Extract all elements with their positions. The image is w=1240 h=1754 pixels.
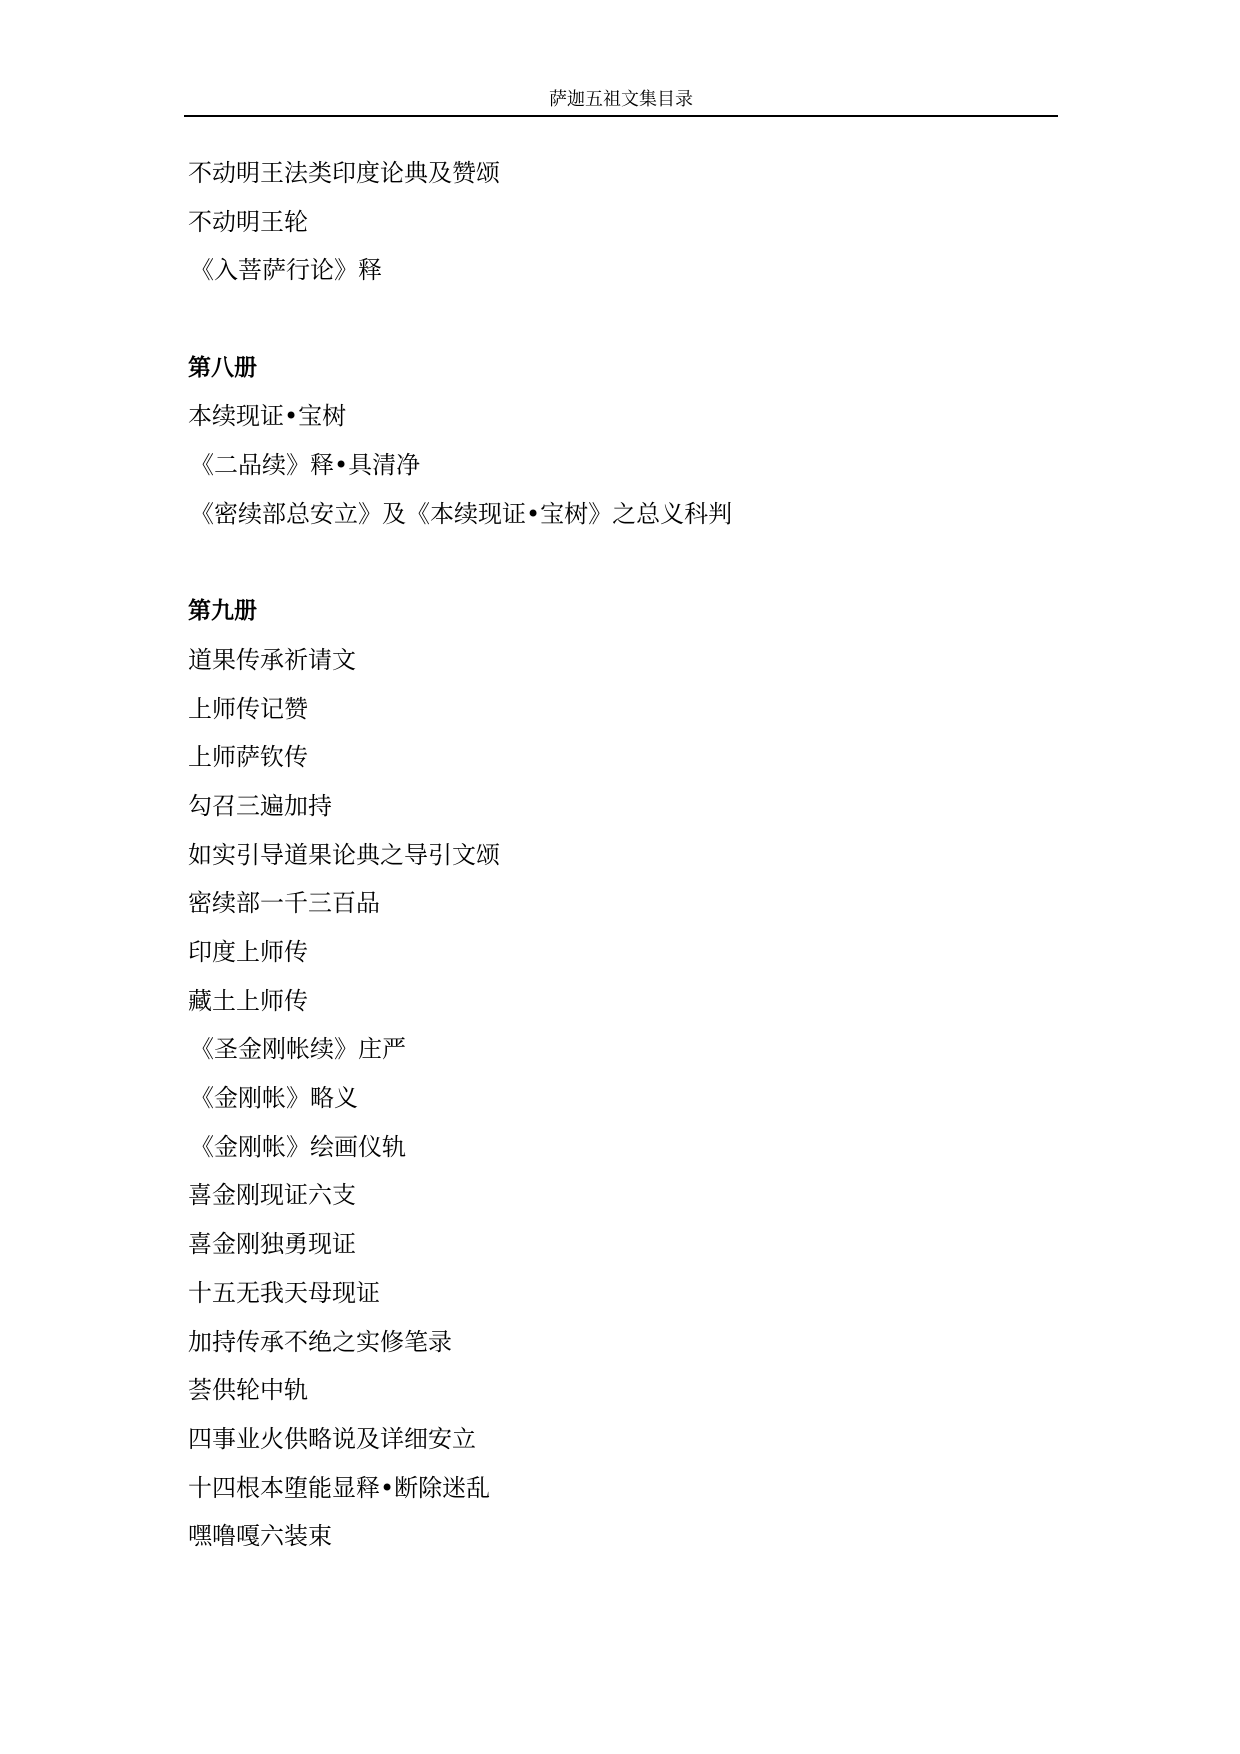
table-of-contents: 不动明王法类印度论典及赞颂 不动明王轮 《入菩萨行论》释 第八册 本续现证•宝树…	[188, 149, 1058, 1561]
toc-entry: 四事业火供略说及详细安立	[188, 1415, 1058, 1464]
header-divider	[184, 115, 1058, 117]
toc-entry: 印度上师传	[188, 928, 1058, 977]
toc-entry: 嘿噜嘎六装束	[188, 1512, 1058, 1561]
toc-entry: 喜金刚独勇现证	[188, 1220, 1058, 1269]
toc-entry: 不动明王法类印度论典及赞颂	[188, 149, 1058, 198]
toc-entry: 密续部一千三百品	[188, 879, 1058, 928]
spacer	[188, 539, 1058, 588]
toc-entry: 《二品续》释•具清净	[190, 441, 1058, 490]
toc-entry: 《金刚帐》略义	[190, 1074, 1058, 1123]
section-title-volume-9: 第九册	[188, 587, 1058, 636]
toc-entry: 加持传承不绝之实修笔录	[188, 1318, 1058, 1367]
page-header: 萨迦五祖文集目录	[184, 86, 1058, 116]
toc-entry: 道果传承祈请文	[188, 636, 1058, 685]
spacer	[188, 295, 1058, 344]
toc-entry: 十五无我天母现证	[188, 1269, 1058, 1318]
toc-entry: 《入菩萨行论》释	[190, 246, 1058, 295]
section-title-volume-8: 第八册	[188, 344, 1058, 393]
toc-entry: 《圣金刚帐续》庄严	[190, 1025, 1058, 1074]
toc-entry: 藏土上师传	[188, 977, 1058, 1026]
toc-entry: 喜金刚现证六支	[188, 1171, 1058, 1220]
toc-entry: 十四根本堕能显释•断除迷乱	[188, 1464, 1058, 1513]
toc-entry: 勾召三遍加持	[188, 782, 1058, 831]
toc-entry: 本续现证•宝树	[188, 392, 1058, 441]
toc-entry: 荟供轮中轨	[188, 1366, 1058, 1415]
toc-entry: 《密续部总安立》及《本续现证•宝树》之总义科判	[190, 490, 1058, 539]
toc-entry: 如实引导道果论典之导引文颂	[188, 831, 1058, 880]
toc-entry: 不动明王轮	[188, 198, 1058, 247]
toc-entry: 上师传记赞	[188, 685, 1058, 734]
toc-entry: 上师萨钦传	[188, 733, 1058, 782]
toc-entry: 《金刚帐》绘画仪轨	[190, 1123, 1058, 1172]
